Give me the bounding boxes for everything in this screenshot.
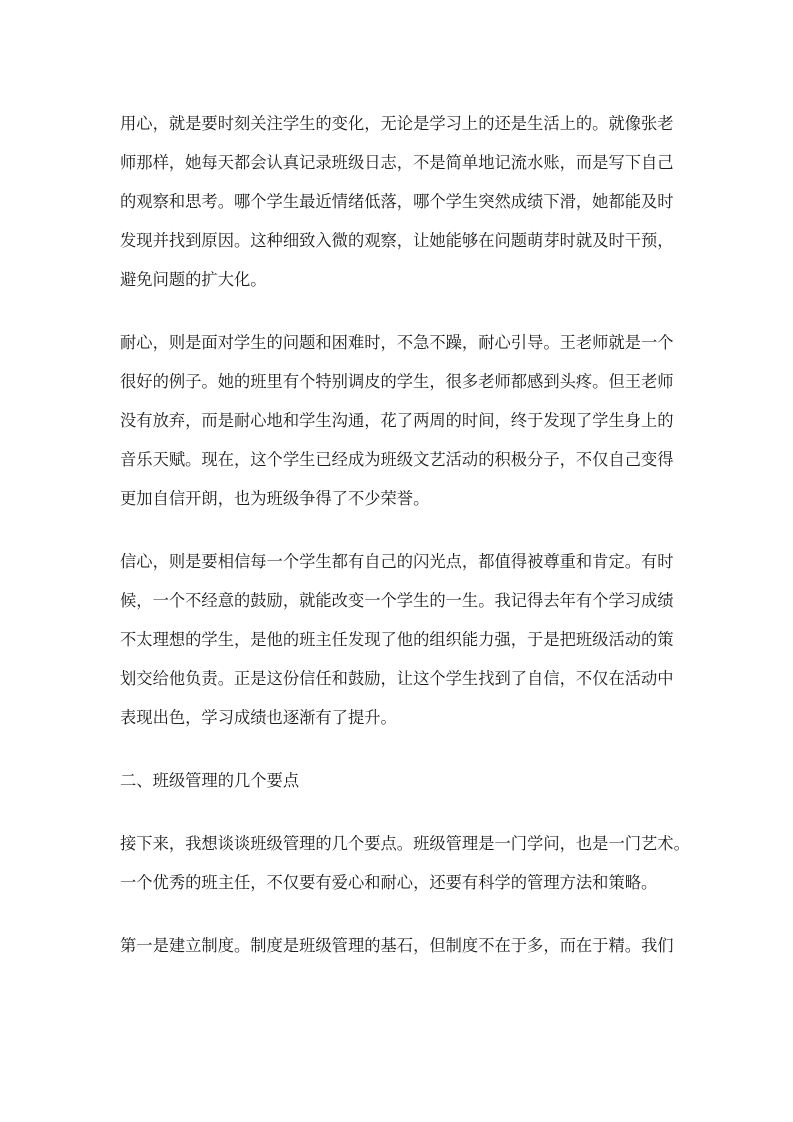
text-line: 划交给他负责。正是这份信任和鼓励，让这个学生找到了自信，不仅在活动中	[120, 662, 695, 701]
text-line: 第一是建立制度。制度是班级管理的基石，但制度不在于多，而在于精。我们	[120, 929, 695, 968]
text-line: 音乐天赋。现在，这个学生已经成为班级文艺活动的积极分子，不仅自己变得	[120, 443, 695, 482]
paragraph-establish-rules: 第一是建立制度。制度是班级管理的基石，但制度不在于多，而在于精。我们	[120, 929, 695, 968]
document-page: 用心，就是要时刻关注学生的变化，无论是学习上的还是生活上的。就像张老 师那样，她…	[0, 0, 793, 1122]
text-line: 信心，则是要相信每一个学生都有自己的闪光点，都值得被尊重和肯定。有时	[120, 545, 695, 584]
text-line: 很好的例子。她的班里有个特别调皮的学生，很多老师都感到头疼。但王老师	[120, 365, 695, 404]
text-line: 接下来，我想谈谈班级管理的几个要点。班级管理是一门学问，也是一门艺术。	[120, 827, 695, 866]
text-line: 用心，就是要时刻关注学生的变化，无论是学习上的还是生活上的。就像张老	[120, 107, 695, 146]
paragraph-management-intro: 接下来，我想谈谈班级管理的几个要点。班级管理是一门学问，也是一门艺术。 一个优秀…	[120, 827, 695, 905]
text-line: 避免问题的扩大化。	[120, 263, 695, 302]
text-line: 没有放弃，而是耐心地和学生沟通，花了两周的时间，终于发现了学生身上的	[120, 404, 695, 443]
paragraph-patience: 耐心，则是面对学生的问题和困难时，不急不躁，耐心引导。王老师就是一个 很好的例子…	[120, 326, 695, 521]
text-line: 表现出色，学习成绩也逐渐有了提升。	[120, 701, 695, 740]
text-line: 一个优秀的班主任，不仅要有爱心和耐心，还要有科学的管理方法和策略。	[120, 866, 695, 905]
paragraph-care: 用心，就是要时刻关注学生的变化，无论是学习上的还是生活上的。就像张老 师那样，她…	[120, 107, 695, 302]
text-line: 耐心，则是面对学生的问题和困难时，不急不躁，耐心引导。王老师就是一个	[120, 326, 695, 365]
section-heading: 二、班级管理的几个要点	[120, 764, 695, 803]
text-line: 师那样，她每天都会认真记录班级日志，不是简单地记流水账，而是写下自己	[120, 146, 695, 185]
paragraph-confidence: 信心，则是要相信每一个学生都有自己的闪光点，都值得被尊重和肯定。有时 候，一个不…	[120, 545, 695, 740]
text-line: 不太理想的学生，是他的班主任发现了他的组织能力强，于是把班级活动的策	[120, 623, 695, 662]
text-line: 更加自信开朗，也为班级争得了不少荣誉。	[120, 482, 695, 521]
text-line: 发现并找到原因。这种细致入微的观察，让她能够在问题萌芽时就及时干预，	[120, 224, 695, 263]
text-line: 候，一个不经意的鼓励，就能改变一个学生的一生。我记得去年有个学习成绩	[120, 584, 695, 623]
document-body: 用心，就是要时刻关注学生的变化，无论是学习上的还是生活上的。就像张老 师那样，她…	[120, 107, 695, 992]
text-line: 的观察和思考。哪个学生最近情绪低落，哪个学生突然成绩下滑，她都能及时	[120, 185, 695, 224]
